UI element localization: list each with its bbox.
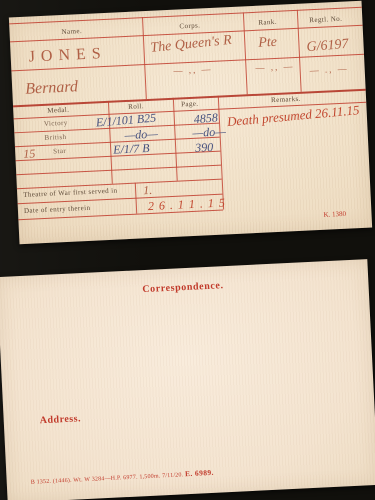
rank-ditto: — ,, —: [255, 61, 294, 73]
regtl-no-value: G/6197: [306, 37, 349, 56]
address-label: Address.: [39, 413, 81, 426]
theatre-label: Theatre of War first served in: [23, 187, 118, 199]
medal-star-label: Star: [53, 147, 66, 156]
regtl-no-header: Regtl. No.: [309, 15, 342, 25]
medal-british-label: British: [44, 133, 66, 142]
rule-page-remarks: [218, 96, 224, 210]
forename-value: Bernard: [25, 78, 79, 98]
corps-header: Corps.: [179, 21, 200, 30]
scan-background: Name. Corps. Rank. Regtl. No. JONES Bern…: [0, 0, 375, 500]
theatre-value: 1.: [143, 183, 153, 198]
page-value-british: —do—: [192, 124, 226, 141]
name-header: Name.: [61, 27, 82, 36]
remarks-header: Remarks.: [271, 95, 301, 104]
rule-medal-row-5: [17, 179, 222, 190]
front-form-number: K. 1380: [323, 210, 346, 219]
medal-header: Medal.: [47, 106, 69, 115]
medal-star-prefix: 15: [23, 146, 36, 162]
entry-date-value: 2 6 . 1 1 . 1 5: [148, 195, 227, 214]
medal-index-card-front: Name. Corps. Rank. Regtl. No. JONES Bern…: [9, 1, 372, 244]
rank-value: Pte: [258, 35, 277, 52]
medal-victory-label: Victory: [44, 119, 68, 128]
page-value-star: 390: [195, 140, 214, 156]
roll-value-star: E/1/7 B: [113, 141, 150, 158]
surname-value: JONES: [28, 45, 107, 67]
corps-value: The Queen's R: [150, 33, 233, 57]
rule-rank-regtl: [297, 10, 302, 92]
entry-date-label: Date of entry therein: [24, 204, 91, 215]
regtl-no-ditto: — ., —: [309, 63, 348, 75]
medal-index-card-back: Correspondence. Address. B 1352. (1446).…: [0, 259, 375, 500]
footer-print-reference: B 1352. (1446). Wt. W 3284—H.P. 6977. 1,…: [31, 472, 184, 485]
correspondence-title: Correspondence.: [0, 273, 368, 302]
roll-header: Roll.: [128, 102, 144, 111]
back-form-footer: B 1352. (1446). Wt. W 3284—H.P. 6977. 1,…: [30, 468, 214, 486]
rank-header: Rank.: [258, 18, 277, 27]
rule-medal-row-4: [16, 165, 221, 176]
rule-name-corps: [142, 17, 147, 99]
rule-corps-rank: [243, 12, 248, 94]
corps-ditto: — ,, —: [173, 64, 212, 76]
footer-form-number: E. 6989.: [185, 468, 214, 478]
page-header: Page.: [181, 100, 199, 109]
